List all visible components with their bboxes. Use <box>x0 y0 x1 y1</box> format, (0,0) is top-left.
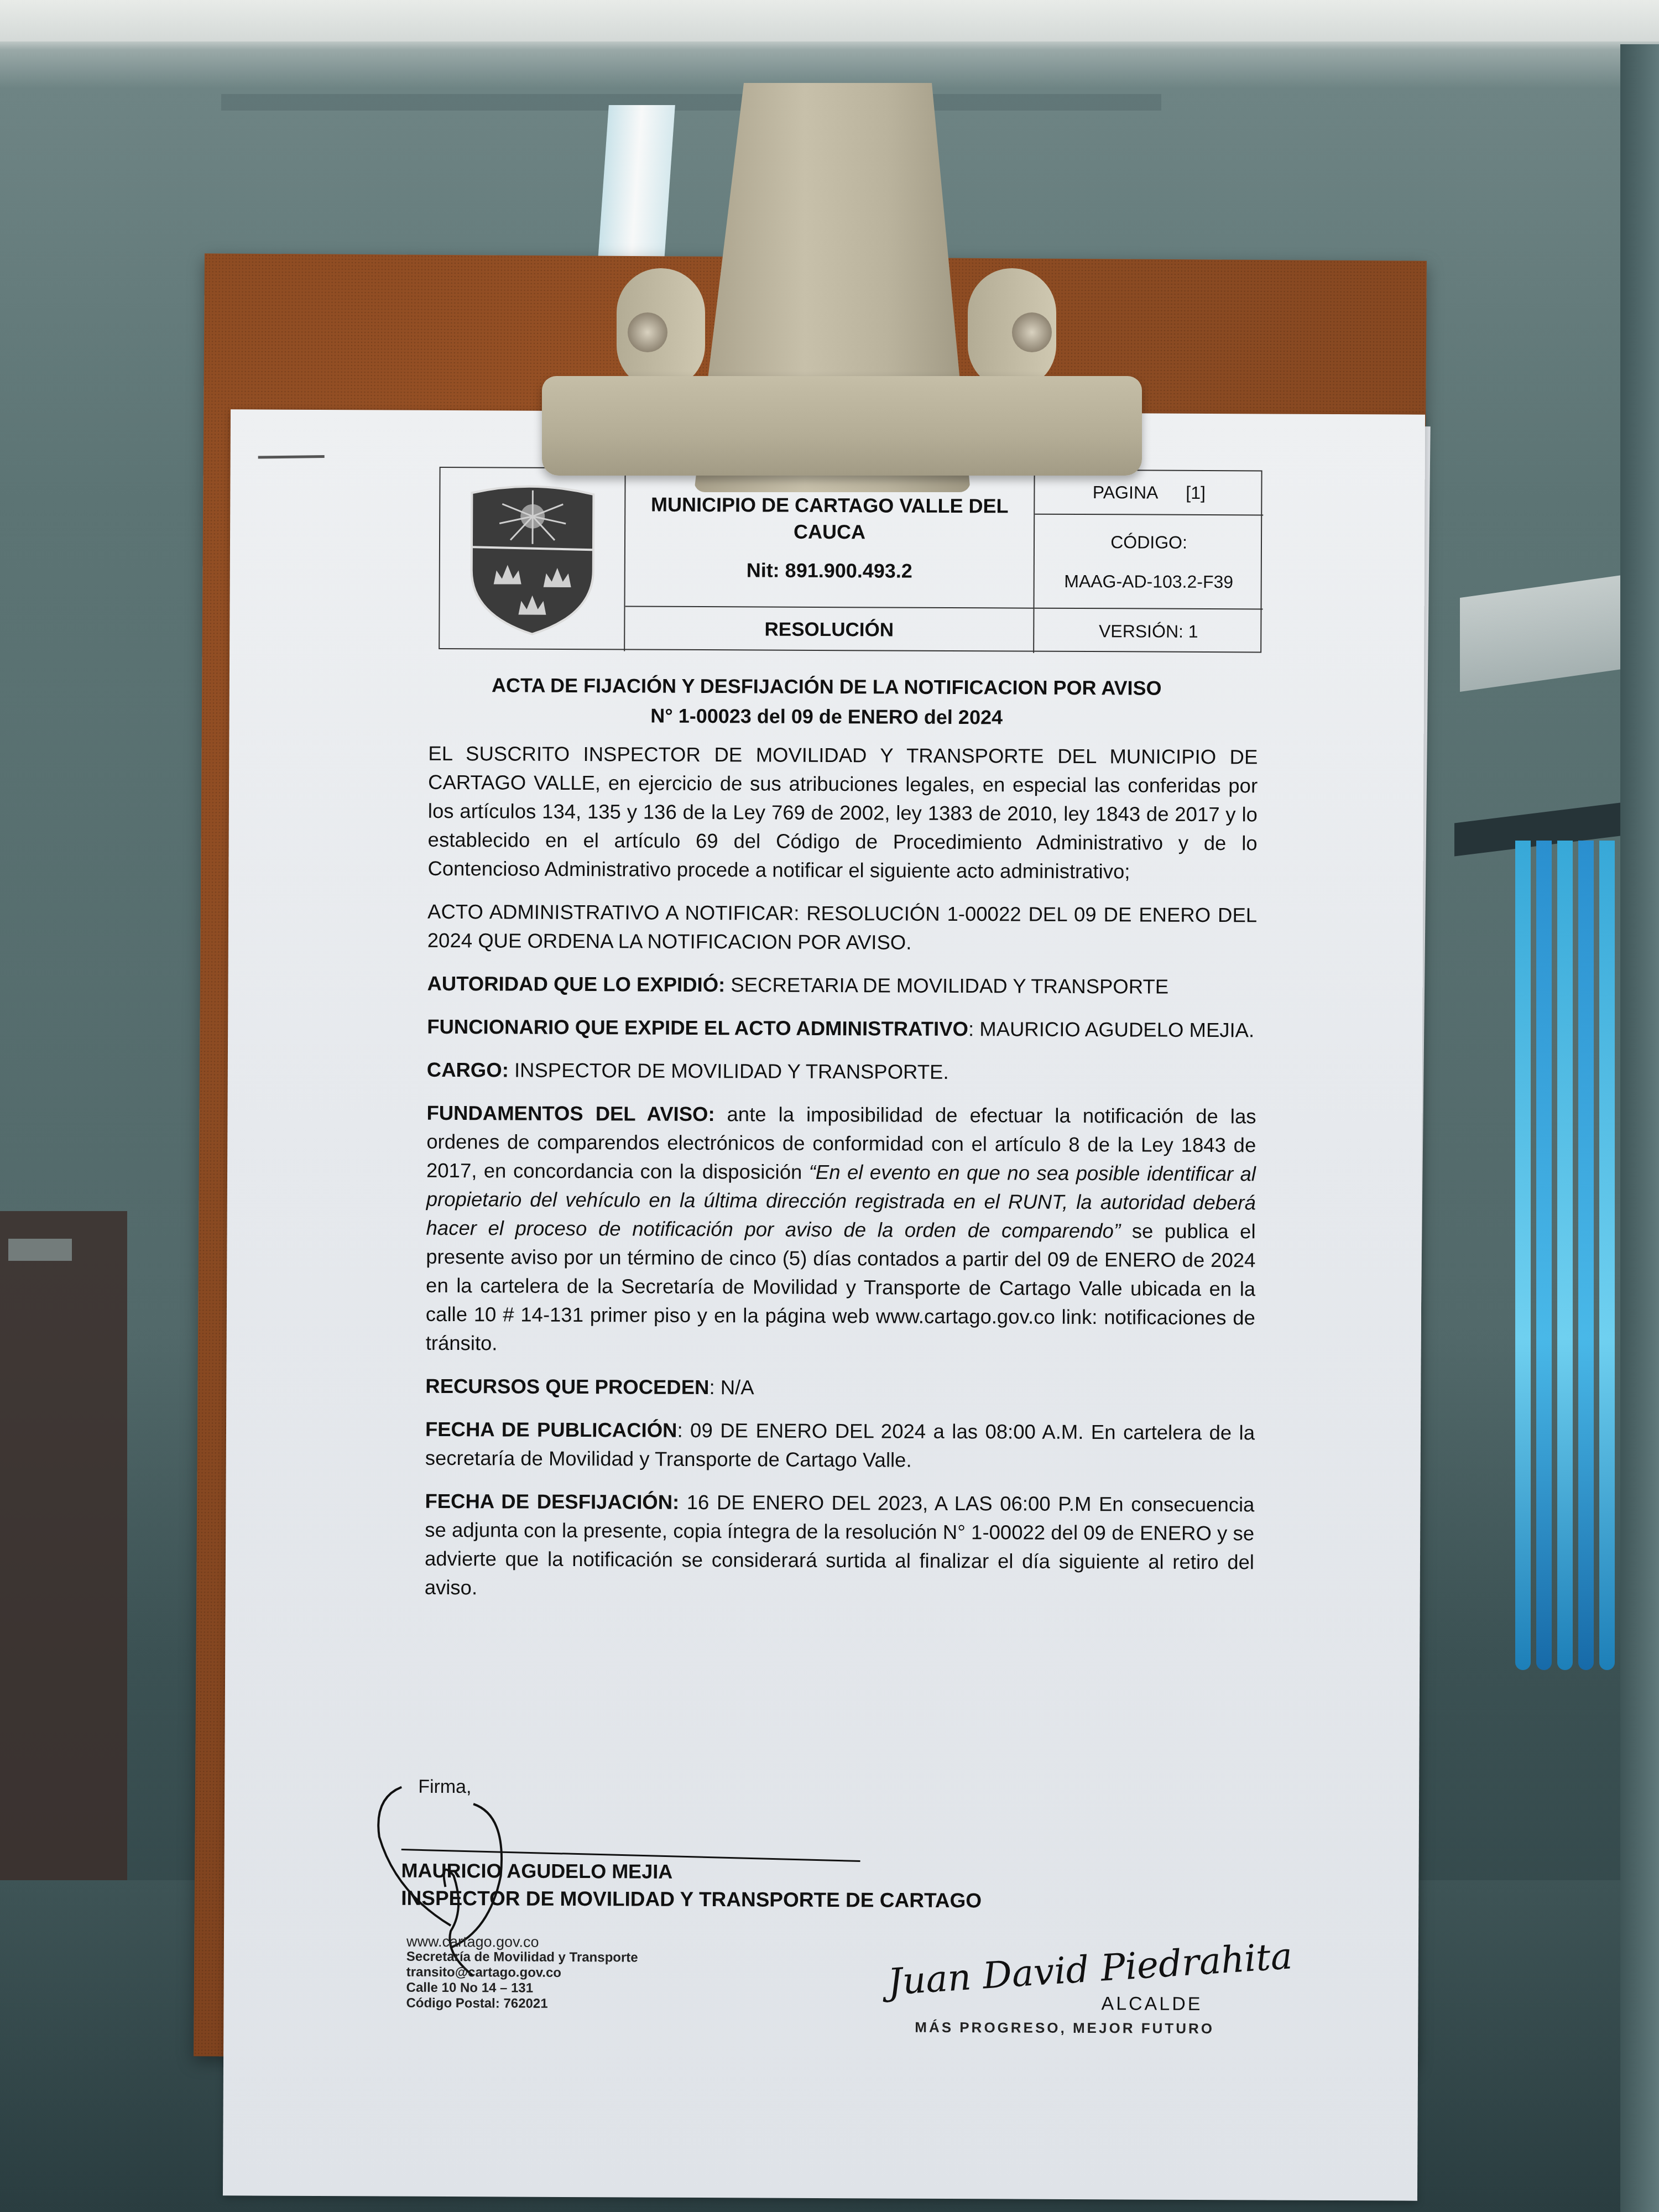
page-code-cell: PAGINA [1] CÓDIGO: MAAG-AD-103.2-F39 <box>1034 471 1263 610</box>
footer-website: www.cartago.gov.co <box>406 1934 638 1950</box>
intro-paragraph: EL SUSCRITO INSPECTOR DE MOVILIDAD Y TRA… <box>427 739 1258 887</box>
desfijacion-label: FECHA DE DESFIJACIÓN: <box>425 1490 679 1514</box>
mayor-branding: Juan David Piedrahita ALCALDE MÁS PROGRE… <box>876 1947 1236 2048</box>
logo-cell <box>440 468 625 651</box>
footer-address: Calle 10 No 14 – 131 <box>406 1980 638 1997</box>
cabinet-reflection <box>0 1211 127 1891</box>
rivet-icon <box>1012 312 1052 352</box>
page-number: [1] <box>1186 482 1206 503</box>
signer-title: INSPECTOR DE MOVILIDAD Y TRANSPORTE DE C… <box>401 1887 982 1913</box>
footer-postal: Código Postal: 762021 <box>406 1996 638 2012</box>
pencil-mark <box>258 455 325 459</box>
document-title: ACTA DE FIJACIÓN Y DESFIJACIÓN DE LA NOT… <box>229 669 1424 734</box>
doc-type: RESOLUCIÓN <box>625 607 1034 653</box>
clipboard-clip-jaw <box>542 376 1142 476</box>
mayor-title: ALCALDE <box>1101 1993 1202 2015</box>
fundamentos-label: FUNDAMENTOS DEL AVISO: <box>426 1102 714 1125</box>
footer-contact: www.cartago.gov.co Secretaría de Movilid… <box>406 1934 638 2012</box>
mayor-slogan: MÁS PROGRESO, MEJOR FUTURO <box>915 2019 1214 2037</box>
recursos-label: RECURSOS QUE PROCEDEN <box>425 1375 709 1399</box>
code-value: MAAG-AD-103.2-F39 <box>1064 571 1233 592</box>
recursos-paragraph: RECURSOS QUE PROCEDEN: N/A <box>425 1372 1255 1405</box>
recursos-value: : N/A <box>709 1376 754 1399</box>
signature-block: Firma, MAURICIO AGUDELO MEJIA INSPECTOR … <box>401 1776 1231 1802</box>
publicacion-paragraph: FECHA DE PUBLICACIÓN: 09 DE ENERO DEL 20… <box>425 1415 1255 1477</box>
autoridad-paragraph: AUTORIDAD QUE LO EXPIDIÓ: SECRETARIA DE … <box>427 969 1256 1002</box>
title-line2: N° 1-00023 del 09 de ENERO del 2024 <box>229 699 1424 734</box>
mayor-signature: Juan David Piedrahita <box>886 1934 1293 2004</box>
page-indicator: PAGINA [1] <box>1035 471 1263 516</box>
notice-document: MUNICIPIO DE CARTAGO VALLE DEL CAUCA Nit… <box>223 409 1425 2200</box>
document-header-table: MUNICIPIO DE CARTAGO VALLE DEL CAUCA Nit… <box>439 467 1262 653</box>
code-label: CÓDIGO: <box>1110 532 1187 553</box>
autoridad-label: AUTORIDAD QUE LO EXPIDIÓ: <box>427 972 725 996</box>
cargo-paragraph: CARGO: INSPECTOR DE MOVILIDAD Y TRANSPOR… <box>427 1056 1256 1088</box>
publicacion-label: FECHA DE PUBLICACIÓN <box>425 1418 677 1442</box>
air-conditioner-reflection <box>1460 575 1626 692</box>
document-body: EL SUSCRITO INSPECTOR DE MOVILIDAD Y TRA… <box>425 739 1258 1620</box>
nit: Nit: 891.900.493.2 <box>747 557 912 585</box>
code-block: CÓDIGO: MAAG-AD-103.2-F39 <box>1034 515 1263 610</box>
window-blinds <box>1515 841 1626 1670</box>
signer-name: MAURICIO AGUDELO MEJIA <box>401 1859 672 1884</box>
fundamentos-paragraph: FUNDAMENTOS DEL AVISO: ante la imposibil… <box>426 1099 1256 1361</box>
version: VERSIÓN: 1 <box>1034 609 1262 654</box>
municipality-name-line1: MUNICIPIO DE CARTAGO VALLE DEL <box>651 491 1009 519</box>
acto-paragraph: ACTO ADMINISTRATIVO A NOTIFICAR: RESOLUC… <box>427 898 1257 959</box>
title-line1: ACTA DE FIJACIÓN Y DESFIJACIÓN DE LA NOT… <box>229 669 1424 704</box>
footer-department: Secretaría de Movilidad y Transporte <box>406 1949 638 1966</box>
page-label: PAGINA <box>1093 482 1159 503</box>
cabinet-label <box>8 1239 72 1261</box>
funcionario-paragraph: FUNCIONARIO QUE EXPIDE EL ACTO ADMINISTR… <box>427 1013 1256 1045</box>
cartago-coat-of-arms-shield-icon <box>463 482 602 637</box>
ceiling-light-reflection <box>597 105 675 276</box>
autoridad-value: SECRETARIA DE MOVILIDAD Y TRANSPORTE <box>725 973 1168 998</box>
cargo-label: CARGO: <box>427 1058 509 1082</box>
desfijacion-paragraph: FECHA DE DESFIJACIÓN: 16 DE ENERO DEL 20… <box>425 1487 1255 1606</box>
funcionario-label: FUNCIONARIO QUE EXPIDE EL ACTO ADMINISTR… <box>427 1015 968 1040</box>
footer-email: transito@cartago.gov.co <box>406 1965 638 1981</box>
rivet-icon <box>628 312 667 352</box>
ceiling-reflection <box>221 94 1161 111</box>
cargo-value: INSPECTOR DE MOVILIDAD Y TRANSPORTE. <box>509 1059 949 1083</box>
window-frame-top <box>0 0 1659 41</box>
municipality-name-line2: CAUCA <box>651 518 1009 546</box>
glass-edge <box>1620 44 1659 2212</box>
funcionario-value: : MAURICIO AGUDELO MEJIA. <box>968 1018 1254 1041</box>
